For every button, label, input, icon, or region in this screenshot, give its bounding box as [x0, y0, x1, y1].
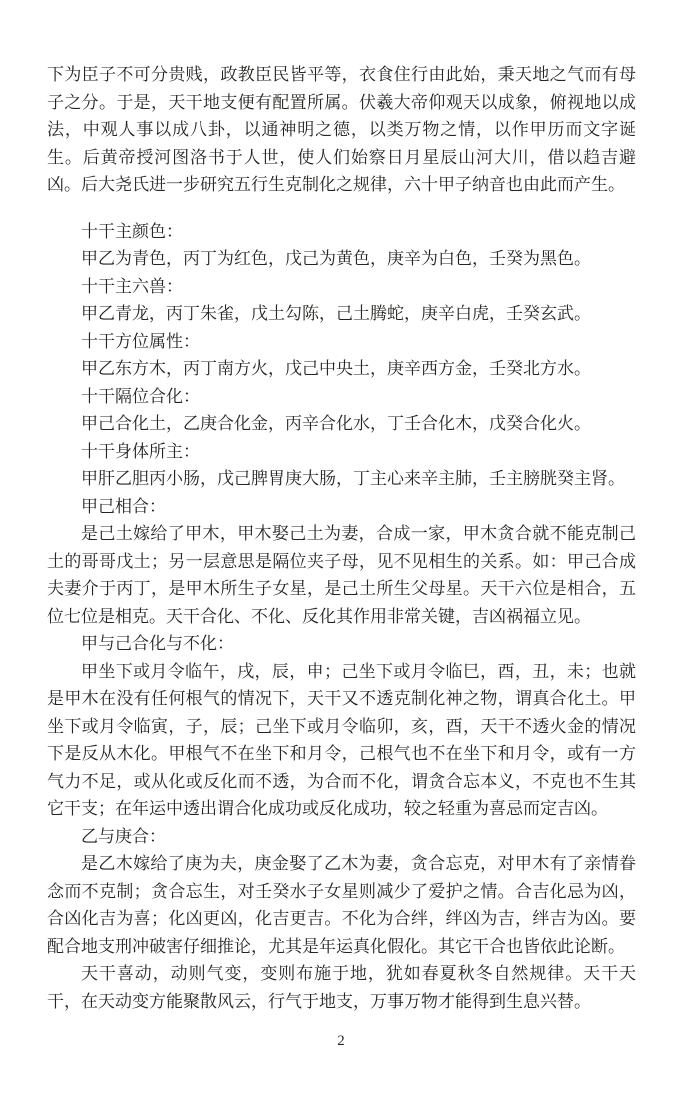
section-heading: 甲己相合：	[47, 493, 636, 521]
page-body: 下为臣子不可分贵贱，政教臣民皆平等，衣食住行由此始，秉天地之气而有母子之分。于是…	[47, 61, 636, 1015]
section-heading: 十干主颜色：	[47, 218, 636, 246]
section-line: 甲乙为青色，丙丁为红色，戊己为黄色，庚辛为白色，壬癸为黑色。	[47, 245, 636, 273]
section-heading: 十干主六兽：	[47, 273, 636, 301]
section-heading: 十干隔位合化：	[47, 383, 636, 411]
document-page: 下为臣子不可分贵贱，政教臣民皆平等，衣食住行由此始，秉天地之气而有母子之分。于是…	[0, 0, 682, 1095]
section-heading: 十干方位属性：	[47, 328, 636, 356]
body-paragraph: 天干喜动，动则气变，变则布施于地，犹如春夏秋冬自然规律。天干天干，在天动变方能聚…	[47, 960, 636, 1015]
body-paragraph: 是己土嫁给了甲木，甲木娶己土为妻，合成一家，甲木贪合就不能克制己土的哥哥戊土；另…	[47, 520, 636, 630]
body-paragraph: 是乙木嫁给了庚为夫，庚金娶了乙木为妻，贪合忘克，对甲木有了亲情眷念而不克制；贪合…	[47, 850, 636, 960]
page-number: 2	[337, 1033, 345, 1049]
section-line: 甲乙青龙，丙丁朱雀，戊土勾陈，己土腾蛇，庚辛白虎，壬癸玄武。	[47, 300, 636, 328]
body-paragraph: 甲坐下或月令临午，戌，辰，申；己坐下或月令临巳，酉，丑，未；也就是甲木在没有任何…	[47, 658, 636, 823]
page-footer: 2	[0, 1030, 682, 1052]
section-heading: 十干身体所主：	[47, 438, 636, 466]
section-line: 甲肝乙胆丙小肠，戊己脾胃庚大肠，丁主心来辛主肺，壬主膀胱癸主肾。	[47, 465, 636, 493]
section-line: 甲乙东方木，丙丁南方火，戊己中央土，庚辛西方金，壬癸北方水。	[47, 355, 636, 383]
section-heading: 甲与己合化与不化：	[47, 630, 636, 658]
section-line: 甲己合化土，乙庚合化金，丙辛合化水，丁壬合化木，戊癸合化火。	[47, 410, 636, 438]
section-heading: 乙与庚合：	[47, 823, 636, 851]
opening-paragraph: 下为臣子不可分贵贱，政教臣民皆平等，衣食住行由此始，秉天地之气而有母子之分。于是…	[47, 61, 636, 199]
